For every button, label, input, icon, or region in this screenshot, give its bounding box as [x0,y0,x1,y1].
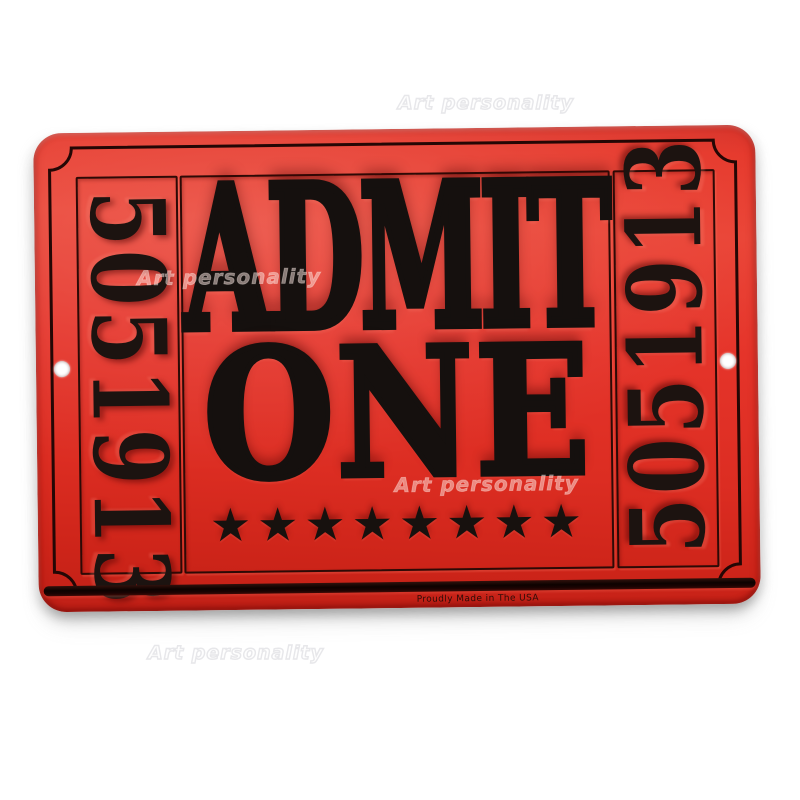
star-icon: ★ [446,495,494,550]
title-one: ONE [183,322,611,504]
serial-number-right: 5051913 [600,183,733,555]
star-icon: ★ [210,498,258,553]
star-row: ★★★★★★★★ [186,497,613,548]
watermark-top: Art personality [398,92,574,114]
star-icon: ★ [540,494,588,549]
mounting-hole-right [720,353,736,369]
ticket-stub-right: 5051913 [613,169,720,568]
ticket-stub-left: 5051913 [76,176,183,575]
product-photo: Art personality Art personality 5051913 … [0,0,800,800]
ticket-center-panel: ADMIT ONE ★★★★★★★★ [180,170,615,573]
made-in-usa-label: Proudly Made in The USA [398,593,558,605]
star-icon: ★ [493,494,541,549]
admit-one-ticket-sign: 5051913 ADMIT ONE ★★★★★★★★ 5051913 Proud… [33,125,761,613]
star-icon: ★ [257,497,305,552]
mounting-hole-left [54,361,70,377]
star-icon: ★ [351,496,399,551]
watermark-bottom: Art personality [148,642,324,664]
star-icon: ★ [399,495,447,550]
star-icon: ★ [304,497,352,552]
serial-number-left: 5051913 [63,190,196,562]
